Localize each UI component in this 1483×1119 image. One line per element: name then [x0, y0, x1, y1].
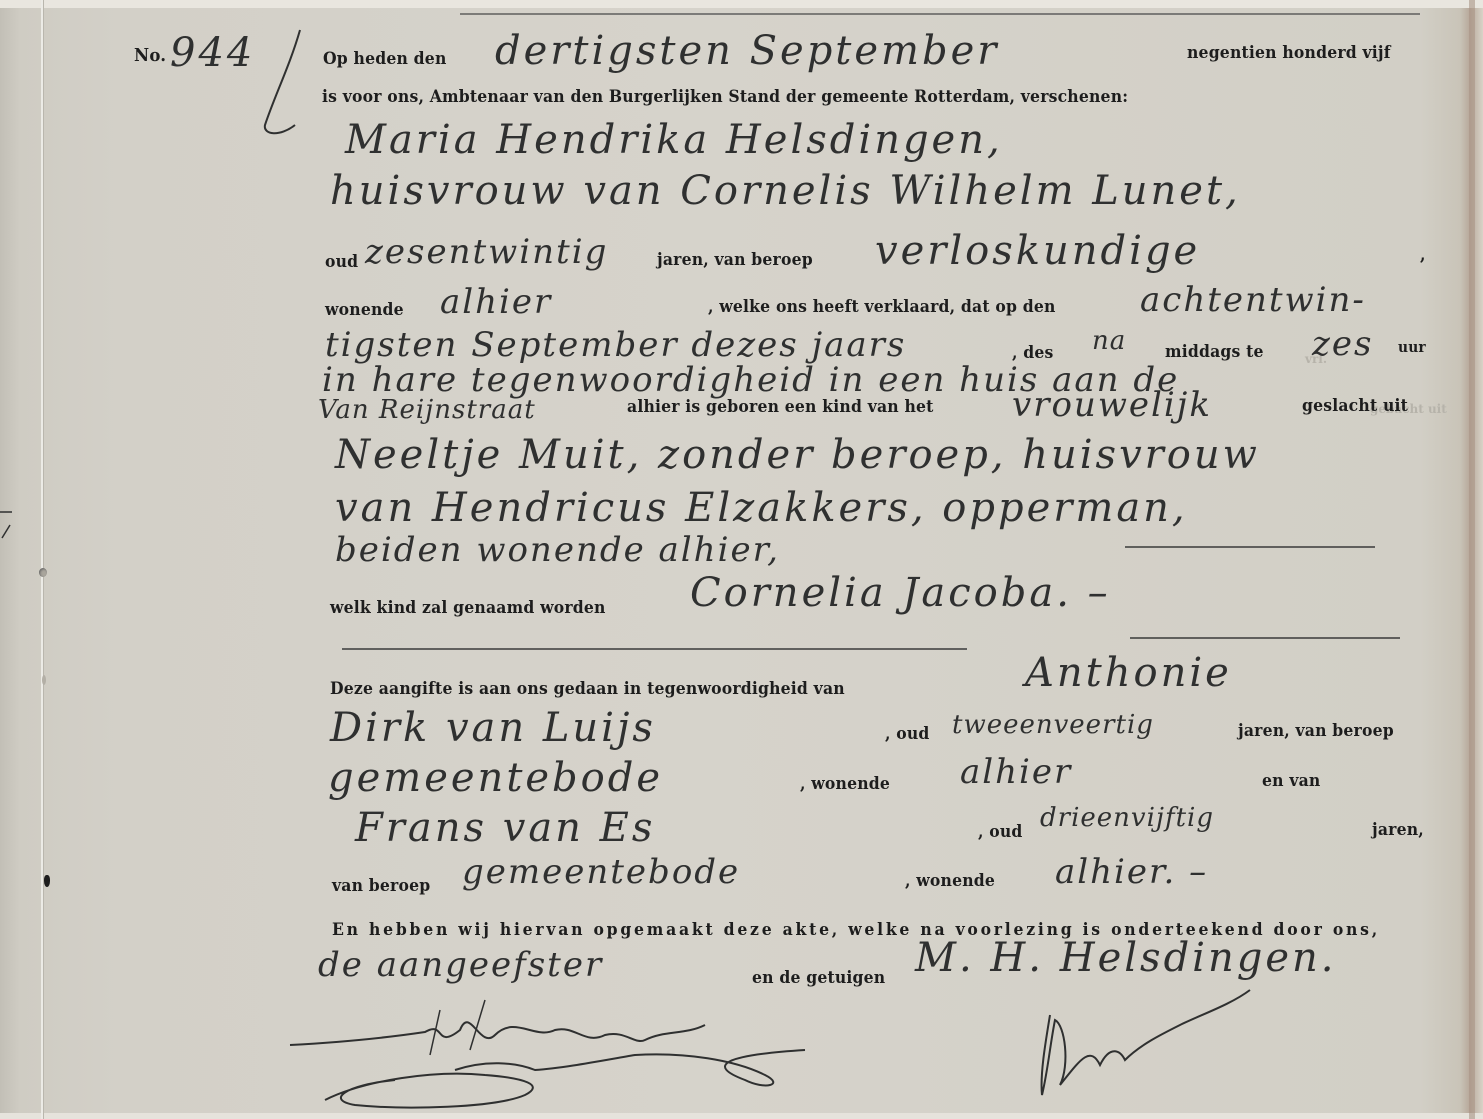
hand-witness1-profession: gemeentebode	[328, 755, 663, 801]
binding-hole	[44, 875, 50, 887]
print-text: uur	[1398, 338, 1426, 356]
print-text: , oud	[978, 822, 1023, 842]
print-text: jaren,	[1372, 820, 1424, 840]
hand-birth-date-a: achtentwin-	[1140, 280, 1366, 320]
page-right-edge	[1469, 0, 1475, 1119]
hand-witness1-age: tweeenveertig	[952, 710, 1154, 740]
hand-witness2-residence: alhier. –	[1055, 852, 1208, 892]
hand-declarant-name: Maria Hendrika Helsdingen,	[345, 117, 1003, 163]
hand-mother: Neeltje Muit, zonder beroep, huisvrouw	[335, 432, 1260, 478]
print-text: en van	[1262, 771, 1320, 791]
print-text: , oud	[885, 724, 930, 744]
hand-sex: vrouwelijk	[1012, 385, 1212, 425]
print-text: Op heden den	[323, 49, 446, 69]
print-text: middags te	[1165, 342, 1264, 362]
registrar-signature: Dr. ...	[1030, 985, 1290, 1105]
print-text: negentien honderd vijf	[1187, 43, 1391, 63]
page-top-edge	[0, 0, 1483, 8]
fill-line	[1125, 546, 1375, 548]
print-text: , wonende	[905, 871, 995, 891]
hand-witness1-residence: alhier	[960, 752, 1072, 792]
hand-birth-date-b: tigsten September dezes jaars	[325, 325, 906, 365]
hand-witness1-name: Dirk van Luijs	[330, 705, 656, 751]
hand-witness2-profession: gemeentebode	[462, 852, 740, 892]
declarant-signature: M. H. Helsdingen.	[915, 935, 1337, 981]
record-number-label: No.	[134, 45, 166, 66]
print-text: ,	[1420, 245, 1426, 265]
print-text: oud	[325, 252, 358, 272]
binding-gutter	[41, 0, 43, 1119]
hand-residence: alhier	[440, 282, 552, 322]
binding-hole	[39, 568, 47, 577]
binding-hole	[42, 675, 46, 685]
record-number-value: 944	[170, 30, 255, 76]
print-text: welk kind zal genaamd worden	[330, 598, 606, 618]
hand-witness2-name: Frans van Es	[355, 805, 655, 851]
hand-declarant-spouse: huisvrouw van Cornelis Wilhelm Lunet,	[330, 168, 1241, 214]
print-text: van beroep	[332, 876, 430, 896]
fill-line	[1130, 637, 1400, 639]
hand-witness2-age: drieenvijftig	[1040, 803, 1214, 833]
hand-parents-residence: beiden wonende alhier,	[335, 530, 780, 570]
top-rule	[460, 13, 1420, 15]
margin-mark	[0, 480, 15, 540]
hand-child-name: Cornelia Jacoba. –	[690, 570, 1111, 616]
print-text: jaren, van beroep	[1238, 721, 1394, 741]
print-text: wonende	[325, 300, 404, 320]
hand-birth-place-b: Van Reijnstraat	[318, 395, 536, 425]
print-text: en de getuigen	[752, 968, 885, 988]
hand-age: zesentwintig	[365, 232, 608, 272]
print-text: , welke ons heeft verklaard, dat op den	[708, 297, 1056, 317]
hand-witness1-firstname: Anthonie	[1025, 650, 1232, 696]
print-text: geslacht uit	[1302, 396, 1408, 416]
fill-line	[342, 648, 967, 650]
document-page: vrl. gebacht uit No. 944 Op heden den de…	[0, 0, 1483, 1119]
print-text: , wonende	[800, 774, 890, 794]
print-text: Deze aangifte is aan ons gedaan in tegen…	[330, 679, 845, 699]
hand-profession: verloskundige	[875, 228, 1200, 274]
hand-hour: zes	[1312, 324, 1373, 364]
print-text: jaren, van beroep	[657, 250, 813, 270]
hand-time-of-day: na	[1092, 326, 1126, 356]
witness1-signature: A. v. Luijs	[285, 1000, 815, 1119]
hand-father: van Hendricus Elzakkers, opperman,	[335, 485, 1188, 531]
hand-declarant-role: de aangeefster	[318, 945, 603, 985]
print-text: is voor ons, Ambtenaar van den Burgerlij…	[322, 87, 1128, 107]
bracket-stroke	[255, 25, 315, 145]
hand-date: dertigsten September	[495, 28, 999, 74]
print-text: alhier is geboren een kind van het	[627, 397, 934, 417]
